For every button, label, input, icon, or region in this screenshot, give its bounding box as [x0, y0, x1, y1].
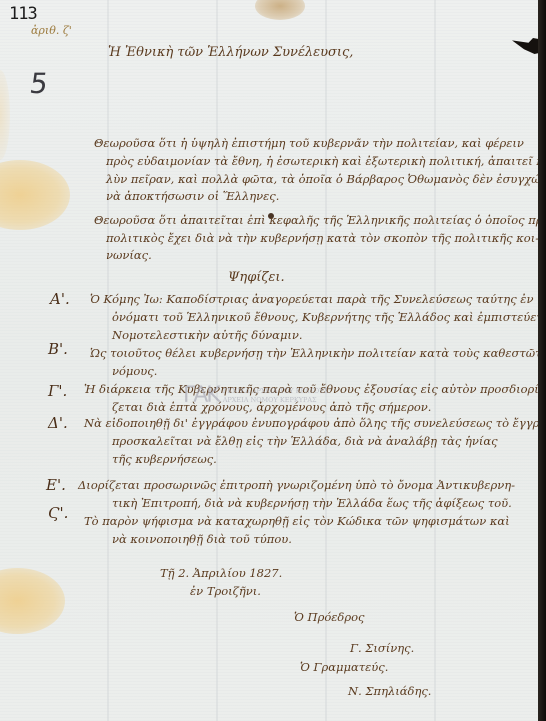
water-stain — [0, 568, 65, 634]
article-line: Νομοτελεστικὴν αὐτῆς δύναμιν. — [112, 330, 303, 342]
scan-edge — [538, 0, 546, 721]
preamble-line: Θεωροῦσα ὅτι ἀπαιτεῖται ἐπὶ κεφαλῆς τῆς … — [94, 215, 538, 227]
article-line: τῆς κυβερνήσεως. — [112, 454, 217, 466]
secretary-title: Ὁ Γραμματεύς. — [300, 662, 388, 674]
president-signature: Γ. Σισίνης. — [350, 643, 414, 655]
preamble-line: νὰ ἀποκτήσωσιν οἱ Ἕλληνες. — [106, 191, 279, 203]
preamble-line: νωνίας. — [106, 250, 152, 262]
manuscript-page: 113 ἀριθ. ζ' 5 Ἡ Ἐθνικὴ τῶν Ἑλλήνων Συνέ… — [0, 0, 538, 721]
decree-heading: Ψηφίζει. — [228, 271, 285, 284]
article-number: Α'. — [50, 290, 70, 308]
article-line: προσκαλεῖται νὰ ἔλθῃ εἰς τὴν Ἑλλάδα, διὰ… — [112, 436, 498, 448]
article-line: Τὸ παρὸν ψήφισμα νὰ καταχωρηθῇ εἰς τὸν Κ… — [84, 516, 510, 528]
paper-tear — [512, 38, 538, 54]
article-number: Δ'. — [48, 414, 68, 432]
archive-number: 113 — [9, 4, 37, 24]
article-number: Β'. — [48, 340, 68, 358]
article-line: ζεται διὰ ἑπτὰ χρόνους, ἀρχομένους ἀπὸ τ… — [112, 402, 431, 414]
article-number: Γ'. — [48, 382, 67, 400]
secretary-signature: Ν. Σπηλιάδης. — [348, 686, 431, 698]
president-title: Ὁ Πρόεδρος — [294, 612, 364, 624]
preamble-line: Θεωροῦσα ὅτι ἡ ὑψηλὴ ἐπιστήμη τοῦ κυβερν… — [94, 138, 524, 150]
article-line: τικὴ Ἐπιτροπή, διὰ νὰ κυβερνήσῃ τὴν Ἑλλά… — [112, 498, 512, 510]
preamble-line: λὺν πεῖραν, καὶ πολλὰ φῶτα, τὰ ὁποῖα ὁ Β… — [106, 174, 538, 186]
preamble-line: πρὸς εὐδαιμονίαν τὰ ἔθνη, ἡ ἐσωτερικὴ κα… — [106, 156, 538, 168]
article-line: Ἡ διάρκεια τῆς Κυβερνητικῆς παρὰ τοῦ ἔθν… — [84, 384, 538, 396]
pencil-number: 5 — [28, 67, 50, 100]
article-line: ὀνόματι τοῦ Ἑλληνικοῦ ἔθνους, Κυβερνήτης… — [112, 312, 538, 324]
article-line: Ὁ Κόμης Ἰω: Καποδίστριας ἀναγορεύεται πα… — [90, 294, 533, 306]
article-line: νὰ κοινοποιηθῇ διὰ τοῦ τύπου. — [112, 534, 292, 546]
reference-number: ἀριθ. ζ' — [31, 25, 72, 36]
date-line: Τῇ 2. Ἀπριλίου 1827. — [160, 568, 282, 580]
article-line: Διορίζεται προσωρινῶς ἐπιτροπὴ γνωριζομέ… — [78, 480, 515, 492]
preamble-line: πολιτικὸς ἔχει διὰ νὰ τὴν κυβερνήσῃ κατὰ… — [106, 233, 538, 245]
water-stain — [255, 0, 305, 20]
article-number: Ϛ'. — [48, 504, 68, 522]
water-stain — [0, 160, 70, 230]
article-line: νόμους. — [112, 366, 157, 378]
place-line: ἐν Τροιζῆνι. — [190, 586, 261, 598]
article-line: Ὡς τοιοῦτος θέλει κυβερνήσῃ τὴν Ἑλληνικὴ… — [90, 348, 538, 360]
document-heading: Ἡ Ἐθνικὴ τῶν Ἑλλήνων Συνέλευσις, — [108, 46, 353, 59]
water-stain — [0, 70, 10, 160]
article-line: Νὰ εἰδοποιηθῇ δι' ἐγγράφου ἐνυπογράφου ἀ… — [84, 418, 538, 430]
article-number: Ε'. — [46, 476, 66, 494]
